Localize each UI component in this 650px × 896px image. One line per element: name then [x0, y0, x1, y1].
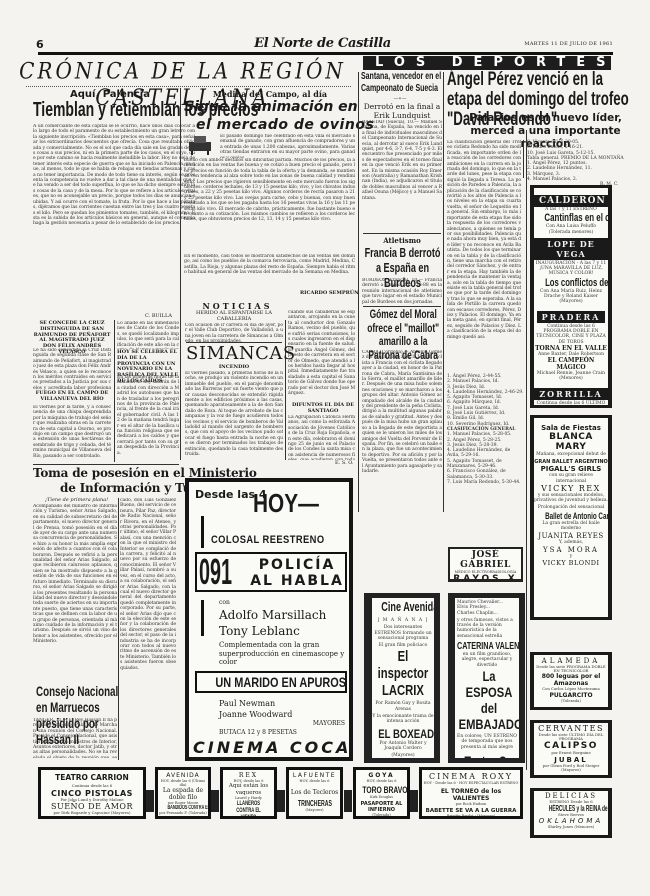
decorative-block: [410, 790, 418, 812]
zorrilla-name: ZORRILLA: [534, 388, 607, 400]
cine-avenida-l7: (Mayores): [372, 753, 434, 758]
coca-actor-3: Paul Newman: [219, 699, 275, 708]
cervantes-l1: Desde las siete ÚLTIMO DÍA DEL PROGRAMA: [534, 733, 608, 741]
ad-blanca-mary: Sala de Fiestas BLANCA MARY Mañana, exce…: [530, 415, 612, 620]
classification-top: 8. Vicente Gil, 5-30-05. 9. Isidro Bueno…: [527, 140, 642, 182]
jose-gabriel-name: JOSÉ GABRIEL: [450, 550, 521, 570]
coca-hoy: HOY—: [253, 488, 319, 519]
rex-name: REX: [223, 772, 274, 779]
ad-theaters-block: CALDERÓN A las 7 y 11 ESTRENO Cantinflas…: [530, 185, 612, 408]
column-rule: [285, 320, 286, 460]
decorative-bar: [201, 516, 204, 548]
classification-row: 6. Francisco González, de Salamanca, 5-3…: [447, 469, 524, 480]
cine-avenida-name: Cine Avenida: [381, 599, 424, 614]
noticias-sub: HERIDO AL ESPANTARSE LA CABALLERÍA: [185, 310, 283, 322]
blanca-star: VICKY REX: [534, 484, 608, 493]
lafuente-l1: HOY, desde las 6: [289, 779, 340, 783]
roxy-l1: HOY - Desde las 6 - HOY ESPECTACULAR EST…: [422, 781, 520, 785]
roxy-name: CINEMA ROXY: [422, 772, 520, 781]
goya-l3: (Tolerada): [356, 813, 407, 817]
decorative-bar: [201, 600, 204, 636]
goya-l2: Kirk Douglas: [356, 795, 407, 799]
alameda-title: 800 leguas por el Amazonas: [534, 673, 608, 687]
delicias-title: HÉRCULES y la REINA de LIDIA: [549, 804, 593, 813]
coca-cinema-name: CINEMA COCA: [193, 738, 349, 757]
roxy-l3: Brigitte Bardot - (Mayores): [422, 814, 520, 818]
avenida-title-2: BANDIDOS CONTRA EL REY: [168, 805, 199, 811]
palencia-headline: Tiemblan y retiemblan los precios: [33, 99, 194, 122]
santana-sub: Derrotó en la final a Erik Lundquist: [362, 102, 442, 120]
ad-avenida: AVENIDA HOY, desde las 6 (Último día) La…: [155, 767, 211, 819]
divider: [33, 464, 179, 465]
rex-title: Aquí están los vaqueros: [223, 783, 274, 796]
avenida-title: La espada de doble filo: [158, 787, 208, 801]
carrion-l4: y otros famosos, vistos a través de la v…: [457, 618, 517, 639]
consejo-body: TÁNGER, 11.— El Rey Hassan II ha presidi…: [33, 718, 117, 758]
coca-title-frame: 091 POLICÍA AL HABLA: [195, 552, 347, 592]
teatro-carrion-l3: por Dirk Bogarde y Capucine (Mayores): [41, 811, 143, 816]
blanca-star-4: VICKY BLONDI: [534, 559, 608, 567]
article-body: El viernes por la tarde, y a consecuenci…: [33, 405, 111, 462]
pradera-l3: Michael Rennie, Jeanne Crain (Menores): [534, 371, 608, 382]
deportes-banner: LOS DEPORTES: [363, 56, 611, 70]
ad-goya: GOYA HOY, desde las 6 TORO BRAVO Kirk Do…: [353, 767, 410, 819]
cervantes-l3: por Glenn Ford y Rod Steiger (Mayores): [534, 764, 608, 772]
goya-name: GOYA: [356, 772, 407, 779]
ad-cinema-roxy: CINEMA ROXY HOY - Desde las 6 - HOY ESPE…: [419, 767, 523, 819]
goya-title: TORO BRAVO: [362, 785, 400, 795]
roxy-l2: por Rock Hudson: [422, 802, 520, 806]
calderon-l3: (Tolerada menores): [534, 230, 608, 235]
gomez-body: CABRA (Córdoba).— Antonio Gómez del Mora…: [362, 350, 442, 510]
divider: [363, 233, 441, 234]
coca-number: 091: [199, 552, 232, 592]
avenida-name: AVENIDA: [158, 772, 208, 779]
alameda-l1: Desde las siete PROGRAMA DOBLE EN TECNIC…: [534, 665, 608, 673]
coca-actor-4: Joanne Woodward: [219, 710, 292, 719]
column-rule: [526, 130, 527, 770]
coca-con: con: [219, 599, 230, 606]
classification-row: 7. Luis María Redondo, 5-30-44.: [447, 480, 524, 485]
divider: [26, 86, 351, 87]
atletismo-kicker: Atletismo: [362, 236, 442, 245]
medina-signature: RICARDO SEMPRÚN: [300, 290, 359, 297]
column-rule: [114, 320, 115, 462]
coca-estreno: COLOSAL REESTRENO: [211, 534, 325, 546]
medina-body: bueno con ambos destinos sin dificultad …: [184, 158, 355, 254]
simancas-body: El viernes pasado, a primeras horas de l…: [185, 371, 283, 461]
avenida-l3: por Fernando F. (Tolerada): [158, 811, 208, 815]
rex-title-2: LLANEROS CONTRA EL VIENTO: [232, 800, 265, 819]
toma-body-right: cado, don Luis González Bueno, del servi…: [120, 498, 176, 760]
alameda-l3: (Tolerada): [534, 699, 608, 703]
ad-alameda: ALAMEDA Desde las siete PROGRAMA DOBLE E…: [530, 652, 612, 710]
article-body: Lo añade en las inmediaciones de Canto d…: [117, 321, 179, 349]
lafuente-title: Los de Tecleros: [289, 789, 340, 796]
blanca-l2: con su gran relieve internacional: [534, 473, 608, 484]
coca-actor-1: Adolfo Marsillach: [219, 608, 326, 622]
cine-avenida-l4: Por Ramón Gay y Rosita Arenas: [372, 701, 434, 712]
carrion-l3: Charles Chaplin...: [457, 611, 517, 616]
medina-body-2: En el momento, casi todos se mostraron s…: [184, 254, 355, 290]
simancas-right-sub: DIFUNTOS EL DÍA DE SANTIAGO: [290, 402, 356, 414]
column-rule: [358, 72, 359, 512]
coca-price: BUTACA 12 y 8 PESETAS: [219, 729, 297, 736]
classification-row: 4. Laudelino Hernández, de Ávila, 5-29-1…: [447, 448, 524, 459]
column-rule: [180, 88, 181, 460]
column-rule: [523, 140, 524, 178]
palencia-signature: C. BUILLA: [145, 313, 172, 320]
cine-avenida-l6: Por Antonio Walter y Joaquín Cordero: [372, 741, 434, 752]
masthead: 6 El Norte de Castilla MARTES 11 DE JULI…: [10, 36, 635, 54]
blanca-l3: y sus sensacionales modelos, privativos …: [534, 493, 608, 504]
toma-body-left: Acompañado del ministro de Información y…: [33, 504, 117, 694]
ad-rex: REX HOY, desde las 6 Aquí están los vaqu…: [220, 767, 277, 819]
lafuente-name: LAFUENTE: [289, 772, 340, 779]
decorative-block: [344, 790, 352, 812]
lope-title: Los conflictos de Irene: [545, 277, 597, 289]
carrion-l5: en un film grandioso, alegre, espectacul…: [457, 652, 517, 668]
coca-rating: MAYORES: [313, 720, 345, 727]
classification-row: 5. Agapito Tomasset, de Manzanares, 5-29…: [447, 459, 524, 470]
santana-dateline: BAASTAD (Suecia), 10.— Manuel Santana, d…: [362, 120, 442, 147]
delicias-l3: Shirley Jones (Menores): [534, 825, 608, 829]
decorative-block: [146, 790, 154, 812]
decorative-block: [277, 790, 285, 812]
noticias-body: Con ocasión de ir carrera el día de ayer…: [185, 323, 283, 343]
blanca-l5: La gran estrella del baile moderno: [534, 521, 608, 532]
goya-l1: HOY, desde las 6: [356, 779, 407, 783]
lafuente-l3: (Mayores): [289, 808, 340, 812]
pradera-name: PRADERA: [537, 311, 606, 323]
santana-headline: Santana, vencedor en el Campeonato de Su…: [361, 71, 449, 94]
coca-title-2-text: UN MARIDO EN APUROS: [215, 673, 346, 691]
cine-avenida-l2: Dos interesantes ESTRENOS formando un se…: [372, 625, 434, 641]
noticias-body-right: cuando sus caballerías se espantaron, ar…: [288, 310, 355, 400]
pradera-l1: Continua desde las 6 PROGRAMA DOBLE EN T…: [534, 324, 608, 345]
atletismo-dateline: BURDEOS (Francia), 10.— Francia derrotó …: [362, 278, 442, 288]
gomez-dateline: CABRA (Córdoba).— Antonio Gómez del Mora…: [362, 350, 442, 360]
roxy-title: EL TORNEO de los VALIENTES: [422, 788, 520, 802]
simancas-sub: INCENDIO: [186, 364, 282, 371]
lope-name: LOPE DE VEGA: [534, 238, 608, 260]
carrion-star: CATERINA VALENTE: [457, 641, 500, 652]
blanca-name: BLANCA MARY: [534, 432, 608, 452]
medina-headline-2: el mercado de ovinos: [196, 117, 374, 133]
consejo-dateline: TÁNGER, 11.— El Rey Hassan II ha presidi…: [33, 718, 117, 734]
ad-teatro-carrion: TEATRO CARRION Continua desde las 6 CINC…: [38, 767, 146, 819]
article-body: Le ha sido concedida la Cruz Distinguida…: [33, 348, 111, 390]
medina-headline-1: Sigue la animación en: [184, 99, 358, 115]
carrion-title: La ESPOSA del EMBAJADOR: [459, 668, 519, 732]
atletismo-body: BURDEOS (Francia), 10.— Francia derrotó …: [362, 278, 442, 306]
ad-lafuente: LAFUENTE HOY, desde las 6 Los de Teclero…: [286, 767, 343, 819]
alameda-l2: Con Carlos López Moctezuma: [534, 687, 608, 691]
palencia-body: A un comerciante de esta capital se le o…: [33, 124, 195, 312]
carrion-cinema: Teatro Carrión: [465, 753, 510, 758]
calderon-title: Cantinflas en el circo: [544, 212, 597, 224]
ad-delicias: DELICIAS ESTRENO Desde las 6 HÉRCULES y …: [530, 788, 612, 838]
goya-title-2: PASAPORTE AL INFIERNO: [356, 801, 407, 813]
medina-body-intro: El pasado domingo fue celebrado en esta …: [220, 134, 355, 158]
teatro-carrion-name: TEATRO CARRION: [41, 773, 143, 782]
simancas-signature: E. S. O.: [335, 460, 354, 467]
ad-cinema-coca: Desde las 4 HOY— COLOSAL REESTRENO 091 P…: [185, 478, 353, 761]
sheep-illustration-icon: [186, 134, 216, 156]
toma-lead: ¡Tiene de primera plana!: [45, 497, 108, 504]
ad-cervantes: CERVANTES Desde las siete ÚLTIMO DÍA DEL…: [530, 720, 612, 778]
classification-row: 4. Manuel Palacios, 2.: [527, 177, 642, 182]
cine-avenida-title-2: EL BOXEADOR: [378, 727, 428, 741]
coca-title-2: UN MARIDO EN APUROS: [195, 671, 347, 693]
ad-jose-gabriel: JOSÉ GABRIEL MÉDICO ELECTRORRADIOLOGÍA R…: [448, 547, 523, 582]
blanca-l1: Mañana, excepcional debut de: [534, 452, 608, 457]
cine-avenida-title: El inspector LACRIX: [372, 648, 434, 699]
medina-kicker: Medina del Campo, al día: [185, 89, 355, 99]
cine-avenida-l1: [ M A Ñ A N A ]: [372, 618, 434, 623]
pradera-title: TORNA EN EL VALLE: [534, 345, 608, 352]
article-body: En las primeras horas de la mañana de ho…: [117, 375, 179, 462]
cine-avenida-l5: Y la emocionante trama de intensa acción: [372, 714, 434, 725]
decorative-block: [211, 790, 219, 812]
blanca-star-3: YSA MORA: [534, 546, 608, 554]
blanca-label: Sala de Fiestas: [534, 424, 608, 432]
carrion-l6: En colores; UN ESTRENO de temporada que …: [457, 734, 517, 750]
avenida-l1: HOY, desde las 6 (Último día): [158, 779, 208, 787]
ad-teatro-carrion-caterina: Maurice Chevalier... Elvis Presley... Ch…: [455, 598, 519, 758]
pradera-title-2: EL CAMPEÓN MÁGICO: [534, 357, 608, 371]
coca-title: POLICÍA AL HABLA: [249, 557, 345, 589]
zorrilla-l1: Continua desde las 6 ÚLTIMO DÍA: [534, 401, 608, 408]
subhead-fuego: FUEGO EN EL CAMPO DE VILLANUEVA DEL RÍO: [33, 391, 111, 403]
santana-body: BAASTAD (Suecia), 10.— Manuel Santana, d…: [362, 120, 442, 233]
coca-complement: Complementada con la gran superproducció…: [219, 641, 349, 667]
santana-headline-text: Santana, vencedor en el Campeonato de Su…: [361, 71, 449, 94]
simancas-title: SIMANCAS: [186, 343, 282, 364]
coca-actor-2: Tony Leblanc: [219, 624, 300, 638]
blanca-show-3: Ballet de Antonio Carmona: [545, 511, 597, 521]
lope-l2: Con Ana María Ruiz, Heinz Drache y Rolan…: [534, 289, 608, 305]
stage-classification: 1. Ángel Pérez, 2-44-55. 2. Manuel Palac…: [444, 374, 524, 485]
jose-gabriel-title: RAYOS X: [450, 574, 521, 582]
simancas-right-body: La Agrupación Católica Hermanos, así com…: [288, 415, 355, 460]
calderon-name: CALDERÓN: [534, 195, 611, 207]
issue-date: MARTES 11 DE JULIO DE 1961: [524, 41, 613, 47]
ad-cine-avenida: Cine Avenida [ M A Ñ A N A ] Dos interes…: [372, 598, 434, 758]
lope-l1: INAUGURACIÓN - A las 7 y 11 ¡UNA MARAVIL…: [534, 261, 608, 277]
lafuente-title-2: TRINCHERAS: [298, 799, 331, 808]
